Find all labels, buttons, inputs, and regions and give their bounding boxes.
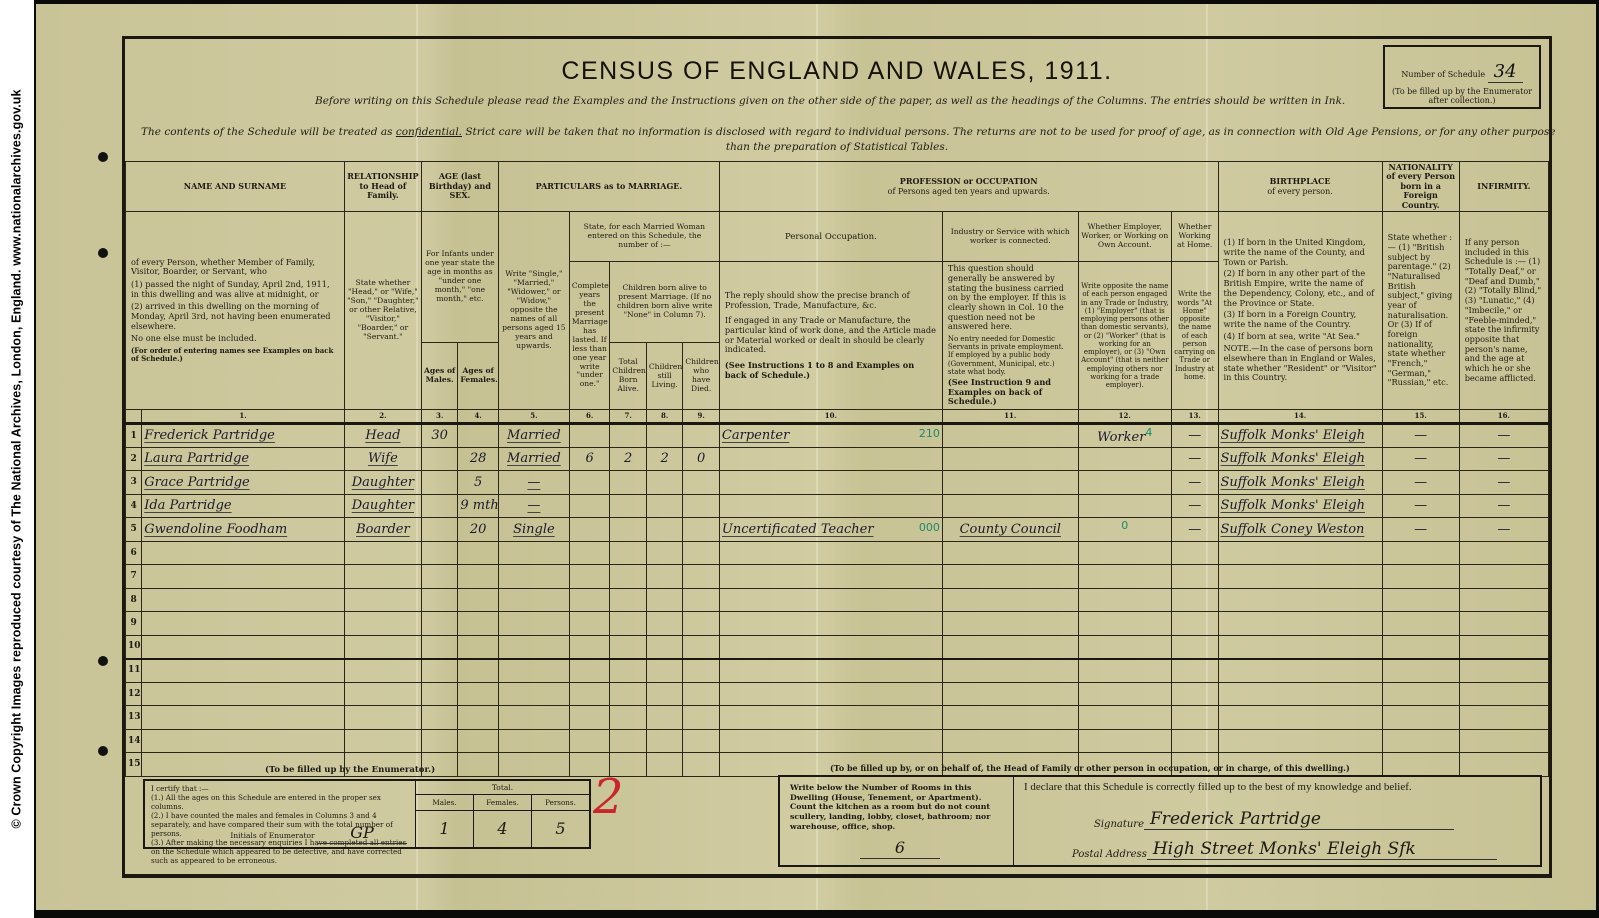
marriage-years-cell[interactable] [569, 659, 610, 683]
relationship-cell-value: Wife [368, 451, 398, 466]
marital-status-cell[interactable] [498, 635, 569, 659]
children-living-cell[interactable] [646, 471, 682, 495]
punch-hole-icon [98, 152, 108, 162]
children-born-cell[interactable] [610, 424, 646, 448]
row-number: 7 [126, 565, 142, 589]
marital-status-cell[interactable] [498, 753, 569, 777]
marital-status-cell[interactable] [498, 541, 569, 565]
infirmity-cell[interactable]: — [1459, 494, 1548, 518]
working-at-home-cell[interactable]: — [1171, 424, 1218, 448]
marriage-years-cell[interactable] [569, 494, 610, 518]
children-living-cell[interactable] [646, 706, 682, 730]
marital-status-cell[interactable] [498, 682, 569, 706]
children-died-cell[interactable] [683, 588, 720, 612]
occupation-cell-value: Uncertificated Teacher [722, 522, 874, 537]
marital-status-cell[interactable]: Married [498, 447, 569, 471]
children-born-cell[interactable]: 2 [610, 447, 646, 471]
relationship-cell[interactable] [344, 635, 421, 659]
nationality-cell[interactable] [1382, 659, 1459, 683]
age-female-cell[interactable]: 20 [458, 518, 499, 542]
page-title: CENSUS OF ENGLAND AND WALES, 1911. [125, 57, 1549, 86]
postal-address-field: Postal AddressHigh Street Monks' Eleigh … [1072, 839, 1497, 860]
infirmity-cell[interactable] [1459, 588, 1548, 612]
occupation-cell[interactable] [719, 447, 942, 471]
table-row: 1Frederick PartridgeHead30MarriedCarpent… [126, 424, 1549, 448]
working-at-home-cell[interactable]: — [1171, 447, 1218, 471]
occupation-desc-3: (See Instructions 1 to 8 and Examples on… [725, 361, 937, 380]
employer-status-cell[interactable]: 0 [1078, 518, 1171, 542]
name-cell[interactable] [142, 541, 345, 565]
children-born-cell[interactable] [610, 612, 646, 636]
infirmity-cell[interactable] [1459, 729, 1548, 753]
marital-status-cell[interactable] [498, 612, 569, 636]
age-male-cell[interactable] [421, 471, 457, 495]
children-died-cell[interactable] [683, 635, 720, 659]
schedule-number-value[interactable]: 34 [1488, 61, 1523, 83]
children-born-cell[interactable] [610, 706, 646, 730]
age-male-cell[interactable] [421, 565, 457, 589]
col-number: 2. [344, 410, 421, 424]
working-at-home-cell[interactable] [1171, 565, 1218, 589]
marital-status-cell[interactable] [498, 588, 569, 612]
age-male-cell[interactable] [421, 494, 457, 518]
age-male-cell[interactable] [421, 635, 457, 659]
confidential-post: Strict care will be taken that no inform… [462, 126, 1555, 138]
row-number-header [126, 410, 142, 424]
employer-status-cell[interactable] [1078, 541, 1171, 565]
industry-cell[interactable]: County Council [942, 518, 1078, 542]
children-born-cell[interactable] [610, 635, 646, 659]
name-cell[interactable] [142, 729, 345, 753]
occupation-cell[interactable] [719, 682, 942, 706]
industry-cell[interactable] [942, 612, 1078, 636]
industry-cell[interactable] [942, 706, 1078, 730]
children-died-cell[interactable] [683, 424, 720, 448]
household-table: NAME AND SURNAME RELATIONSHIP to Head of… [125, 161, 1549, 777]
age-female-cell[interactable] [458, 424, 499, 448]
children-living-cell[interactable] [646, 682, 682, 706]
age-female-cell[interactable]: 28 [458, 447, 499, 471]
relationship-cell[interactable] [344, 541, 421, 565]
employer-status-cell[interactable] [1078, 471, 1171, 495]
nationality-cell[interactable] [1382, 635, 1459, 659]
females-value[interactable]: 4 [474, 811, 531, 847]
children-instructions: Children born alive to present Marriage.… [610, 262, 720, 343]
occupation-cell[interactable] [719, 612, 942, 636]
col-number: 3. [421, 410, 457, 424]
age-male-cell[interactable] [421, 541, 457, 565]
industry-cell[interactable] [942, 635, 1078, 659]
occupation-cell[interactable] [719, 588, 942, 612]
birthplace-cell[interactable]: Suffolk Monks' Eleigh [1218, 471, 1382, 495]
children-born-cell[interactable] [610, 518, 646, 542]
name-cell[interactable]: Grace Partridge [142, 471, 345, 495]
occupation-cell[interactable]: Uncertificated Teacher000 [719, 518, 942, 542]
working-at-home-cell[interactable] [1171, 612, 1218, 636]
personal-occupation-label: Personal Occupation. [719, 212, 942, 262]
name-cell-value: Ida Partridge [144, 498, 231, 513]
rooms-value[interactable]: 6 [860, 838, 940, 859]
working-at-home-cell-value: — [1188, 475, 1201, 490]
col-number: 1. [142, 410, 345, 424]
enumerator-certify-text: I certify that :— (1.) All the ages on t… [145, 781, 415, 847]
employer-status-cell[interactable] [1078, 612, 1171, 636]
industry-cell[interactable] [942, 447, 1078, 471]
age-male-cell[interactable] [421, 612, 457, 636]
relationship-cell[interactable]: Daughter [344, 471, 421, 495]
children-died-cell[interactable] [683, 471, 720, 495]
employer-status-cell[interactable] [1078, 494, 1171, 518]
industry-cell[interactable] [942, 659, 1078, 683]
relationship-cell[interactable] [344, 706, 421, 730]
industry-desc-1: This question should generally be answer… [948, 264, 1073, 332]
marriage-years-cell[interactable] [569, 471, 610, 495]
children-died-cell[interactable] [683, 494, 720, 518]
name-cell[interactable] [142, 635, 345, 659]
age-female-cell[interactable] [458, 565, 499, 589]
children-living-cell[interactable] [646, 729, 682, 753]
infirmity-cell[interactable] [1459, 635, 1548, 659]
industry-cell[interactable] [942, 471, 1078, 495]
children-died-cell[interactable] [683, 659, 720, 683]
relationship-cell[interactable]: Head [344, 424, 421, 448]
birthplace-cell[interactable]: Suffolk Coney Weston [1218, 518, 1382, 542]
working-at-home-cell[interactable]: — [1171, 494, 1218, 518]
employer-status-cell[interactable] [1078, 682, 1171, 706]
col-heading-age: AGE (last Birthday) and SEX. [421, 162, 498, 212]
children-living-cell-value: 2 [660, 451, 668, 466]
infirmity-cell[interactable]: — [1459, 424, 1548, 448]
industry-cell-value: County Council [960, 522, 1061, 537]
age-female-cell[interactable] [458, 588, 499, 612]
occupation-cell[interactable] [719, 635, 942, 659]
industry-cell[interactable] [942, 729, 1078, 753]
marriage-years-cell[interactable] [569, 706, 610, 730]
ages-females-label: Ages of Females. [458, 343, 499, 410]
employer-status-cell[interactable] [1078, 565, 1171, 589]
infirmity-cell[interactable] [1459, 706, 1548, 730]
age-male-cell[interactable]: 30 [421, 424, 457, 448]
marriage-years-cell[interactable] [569, 729, 610, 753]
working-at-home-cell[interactable] [1171, 588, 1218, 612]
industry-cell[interactable] [942, 682, 1078, 706]
declaration-section: I declare that this Schedule is correctl… [1014, 777, 1540, 865]
marriage-years-cell[interactable] [569, 588, 610, 612]
age-male-cell[interactable] [421, 588, 457, 612]
children-died-cell[interactable]: 0 [683, 447, 720, 471]
marital-status-cell[interactable]: — [498, 471, 569, 495]
relationship-cell[interactable] [344, 659, 421, 683]
occupation-cell[interactable] [719, 706, 942, 730]
industry-cell[interactable] [942, 494, 1078, 518]
marriage-years-cell[interactable] [569, 612, 610, 636]
occupation-cell[interactable] [719, 659, 942, 683]
nationality-cell[interactable]: — [1382, 518, 1459, 542]
age-female-cell[interactable]: 5 [458, 471, 499, 495]
signature-value[interactable]: Frederick Partridge [1144, 809, 1454, 830]
children-born-cell-value: 2 [624, 451, 632, 466]
industry-cell[interactable] [942, 565, 1078, 589]
relationship-cell[interactable] [344, 565, 421, 589]
children-living-cell[interactable]: 2 [646, 447, 682, 471]
children-living-cell[interactable] [646, 565, 682, 589]
persons-value[interactable]: 5 [532, 811, 589, 847]
children-living-cell[interactable] [646, 612, 682, 636]
birthplace-cell[interactable]: Suffolk Monks' Eleigh [1218, 424, 1382, 448]
birthplace-cell[interactable] [1218, 588, 1382, 612]
employer-status-cell[interactable]: Worker4 [1078, 424, 1171, 448]
children-died-cell[interactable] [683, 541, 720, 565]
col-number: 7. [610, 410, 646, 424]
name-cell[interactable] [142, 612, 345, 636]
children-died-cell[interactable] [683, 612, 720, 636]
name-cell[interactable] [142, 565, 345, 589]
age-female-cell[interactable] [458, 612, 499, 636]
males-value[interactable]: 1 [416, 811, 473, 847]
occupation-cell[interactable] [719, 541, 942, 565]
employer-status-cell[interactable] [1078, 635, 1171, 659]
infirmity-cell[interactable]: — [1459, 518, 1548, 542]
marital-status-cell[interactable] [498, 565, 569, 589]
nationality-cell[interactable]: — [1382, 471, 1459, 495]
infirmity-cell[interactable]: — [1459, 471, 1548, 495]
children-living-cell[interactable] [646, 424, 682, 448]
name-cell[interactable]: Laura Partridge [142, 447, 345, 471]
occupation-cell[interactable] [719, 471, 942, 495]
children-living-cell[interactable] [646, 659, 682, 683]
age-female-cell[interactable] [458, 729, 499, 753]
infirmity-cell[interactable] [1459, 565, 1548, 589]
marital-status-cell[interactable]: — [498, 494, 569, 518]
row-number: 6 [126, 541, 142, 565]
industry-cell[interactable] [942, 541, 1078, 565]
employer-status-cell[interactable] [1078, 447, 1171, 471]
working-at-home-cell[interactable] [1171, 682, 1218, 706]
marital-status-cell[interactable]: Single [498, 518, 569, 542]
marital-status-cell[interactable] [498, 729, 569, 753]
children-born-cell[interactable] [610, 729, 646, 753]
marital-status-cell[interactable] [498, 659, 569, 683]
name-desc-1: (1) passed the night of Sunday, April 2n… [131, 280, 339, 299]
working-at-home-cell[interactable] [1171, 541, 1218, 565]
working-at-home-cell[interactable] [1171, 635, 1218, 659]
marriage-years-cell[interactable] [569, 682, 610, 706]
row-number: 11 [126, 659, 142, 683]
col-number: 9. [683, 410, 720, 424]
children-born-cell[interactable] [610, 565, 646, 589]
name-cell[interactable]: Gwendoline Foodham [142, 518, 345, 542]
birthplace-cell[interactable] [1218, 565, 1382, 589]
employer-status-cell[interactable] [1078, 729, 1171, 753]
infirmity-cell[interactable] [1459, 659, 1548, 683]
age-male-cell[interactable] [421, 659, 457, 683]
children-living-cell[interactable] [646, 518, 682, 542]
infirmity-cell[interactable] [1459, 612, 1548, 636]
address-label: Postal Address [1072, 849, 1147, 860]
industry-label: Industry or Service with which worker is… [942, 212, 1078, 262]
enumerator-initials: Initials of Enumerator GP [230, 823, 407, 844]
age-female-cell[interactable] [458, 541, 499, 565]
children-born-cell[interactable] [610, 541, 646, 565]
age-male-cell[interactable] [421, 706, 457, 730]
working-at-home-cell-value: — [1188, 451, 1201, 466]
marriage-years-cell[interactable] [569, 565, 610, 589]
working-at-home-cell[interactable]: — [1171, 471, 1218, 495]
children-died-cell[interactable] [683, 753, 720, 777]
industry-desc-2: No entry needed for Domestic Servants in… [948, 335, 1073, 352]
age-female-cell-value: 28 [470, 451, 487, 466]
employer-status-cell[interactable] [1078, 706, 1171, 730]
birthplace-cell[interactable] [1218, 541, 1382, 565]
children-born-cell[interactable] [610, 588, 646, 612]
marriage-years-cell[interactable] [569, 424, 610, 448]
marriage-years-cell-value: 6 [585, 451, 593, 466]
age-male-cell[interactable] [421, 729, 457, 753]
birthplace-cell[interactable] [1218, 682, 1382, 706]
head-of-family-caption: (To be filled up by, or on behalf of, th… [830, 763, 1350, 773]
nationality-cell[interactable]: — [1382, 424, 1459, 448]
birthplace-cell[interactable] [1218, 612, 1382, 636]
address-value[interactable]: High Street Monks' Eleigh Sfk [1147, 839, 1497, 860]
marital-status-cell-value: — [527, 475, 540, 490]
row-number: 12 [126, 682, 142, 706]
nationality-cell-value: — [1414, 451, 1427, 466]
age-male-cell[interactable] [421, 682, 457, 706]
marital-status-cell[interactable] [498, 706, 569, 730]
birthplace-cell-value: Suffolk Monks' Eleigh [1221, 451, 1365, 466]
working-at-home-cell[interactable]: — [1171, 518, 1218, 542]
marital-status-cell[interactable]: Married [498, 424, 569, 448]
occupation-cell[interactable] [719, 729, 942, 753]
industry-cell[interactable] [942, 424, 1078, 448]
birthplace-cell-value: Suffolk Monks' Eleigh [1221, 475, 1365, 490]
col-number: 13. [1171, 410, 1218, 424]
occupation-cell[interactable] [719, 494, 942, 518]
children-living-cell[interactable] [646, 753, 682, 777]
children-died-cell[interactable] [683, 706, 720, 730]
nationality-cell[interactable] [1382, 565, 1459, 589]
enumerator-certification-box: I certify that :— (1.) All the ages on t… [143, 779, 591, 849]
infirmity-cell[interactable] [1459, 541, 1548, 565]
birthplace-desc-4: (4) If born at sea, write "At Sea." [1224, 332, 1377, 342]
birthplace-cell[interactable] [1218, 706, 1382, 730]
marriage-years-cell[interactable]: 6 [569, 447, 610, 471]
row-number: 10 [126, 635, 142, 659]
marriage-years-cell[interactable] [569, 518, 610, 542]
relationship-cell[interactable]: Daughter [344, 494, 421, 518]
children-living-cell[interactable] [646, 541, 682, 565]
relationship-cell[interactable]: Boarder [344, 518, 421, 542]
marriage-years-cell[interactable] [569, 635, 610, 659]
age-male-cell[interactable] [421, 518, 457, 542]
children-living-cell[interactable] [646, 588, 682, 612]
birthplace-cell[interactable]: Suffolk Monks' Eleigh [1218, 494, 1382, 518]
nationality-cell[interactable] [1382, 706, 1459, 730]
table-row: 5Gwendoline FoodhamBoarder20SingleUncert… [126, 518, 1549, 542]
nationality-cell[interactable] [1382, 612, 1459, 636]
children-living-cell[interactable] [646, 635, 682, 659]
occupation-cell[interactable]: Carpenter210 [719, 424, 942, 448]
table-row: 11 [126, 659, 1549, 683]
table-row: 14 [126, 729, 1549, 753]
name-cell[interactable]: Ida Partridge [142, 494, 345, 518]
children-died-cell[interactable] [683, 729, 720, 753]
occupation-cell[interactable] [719, 565, 942, 589]
nationality-cell[interactable] [1382, 682, 1459, 706]
nationality-cell[interactable]: — [1382, 494, 1459, 518]
relationship-cell[interactable] [344, 612, 421, 636]
children-born-cell[interactable] [610, 494, 646, 518]
name-cell[interactable] [142, 682, 345, 706]
nationality-cell[interactable] [1382, 541, 1459, 565]
infirmity-cell[interactable] [1459, 682, 1548, 706]
nationality-cell[interactable] [1382, 588, 1459, 612]
initials-value[interactable]: GP [317, 823, 407, 844]
marriage-years-cell[interactable] [569, 541, 610, 565]
enumerator-caption: (To be filled up by the Enumerator.) [265, 765, 435, 775]
relationship-cell[interactable] [344, 729, 421, 753]
infirmity-cell[interactable]: — [1459, 447, 1548, 471]
occupation-desc-2: If engaged in any Trade or Manufacture, … [725, 316, 937, 355]
children-died-cell[interactable] [683, 682, 720, 706]
col-number: 10. [719, 410, 942, 424]
children-died-cell[interactable] [683, 565, 720, 589]
age-female-cell[interactable] [458, 635, 499, 659]
employer-status-cell[interactable] [1078, 659, 1171, 683]
col-heading-marriage: PARTICULARS as to MARRIAGE. [498, 162, 719, 212]
nationality-cell[interactable] [1382, 753, 1459, 777]
relationship-cell[interactable]: Wife [344, 447, 421, 471]
industry-cell[interactable] [942, 588, 1078, 612]
certify-heading: I certify that :— [151, 784, 409, 793]
working-at-home-cell[interactable] [1171, 706, 1218, 730]
name-cell[interactable]: Frederick Partridge [142, 424, 345, 448]
working-at-home-cell[interactable] [1171, 729, 1218, 753]
infirmity-cell[interactable] [1459, 753, 1548, 777]
birthplace-cell[interactable] [1218, 729, 1382, 753]
relationship-cell-value: Daughter [352, 475, 414, 490]
nationality-cell[interactable] [1382, 729, 1459, 753]
birthplace-cell[interactable] [1218, 635, 1382, 659]
children-living-cell[interactable] [646, 494, 682, 518]
age-female-cell[interactable] [458, 682, 499, 706]
age-instructions: For Infants under one year state the age… [421, 212, 498, 343]
nationality-cell[interactable]: — [1382, 447, 1459, 471]
name-cell[interactable] [142, 588, 345, 612]
relationship-cell[interactable] [344, 682, 421, 706]
age-male-cell[interactable] [421, 447, 457, 471]
age-female-cell[interactable] [458, 753, 499, 777]
name-cell[interactable] [142, 659, 345, 683]
name-cell[interactable] [142, 706, 345, 730]
children-born-cell[interactable] [610, 682, 646, 706]
nationality-cell-value: — [1414, 498, 1427, 513]
birthplace-cell[interactable] [1218, 659, 1382, 683]
age-female-cell[interactable] [458, 706, 499, 730]
age-female-cell[interactable]: 9 mths [458, 494, 499, 518]
relationship-cell[interactable] [344, 588, 421, 612]
row-number: 9 [126, 612, 142, 636]
working-at-home-cell[interactable] [1171, 659, 1218, 683]
schedule-frame: CENSUS OF ENGLAND AND WALES, 1911. Befor… [122, 36, 1552, 878]
occupation-code: 000 [919, 522, 940, 535]
children-born-cell[interactable] [610, 659, 646, 683]
children-died-cell[interactable] [683, 518, 720, 542]
employer-status-cell[interactable] [1078, 588, 1171, 612]
children-born-cell[interactable] [610, 471, 646, 495]
birthplace-cell[interactable]: Suffolk Monks' Eleigh [1218, 447, 1382, 471]
age-female-cell[interactable] [458, 659, 499, 683]
